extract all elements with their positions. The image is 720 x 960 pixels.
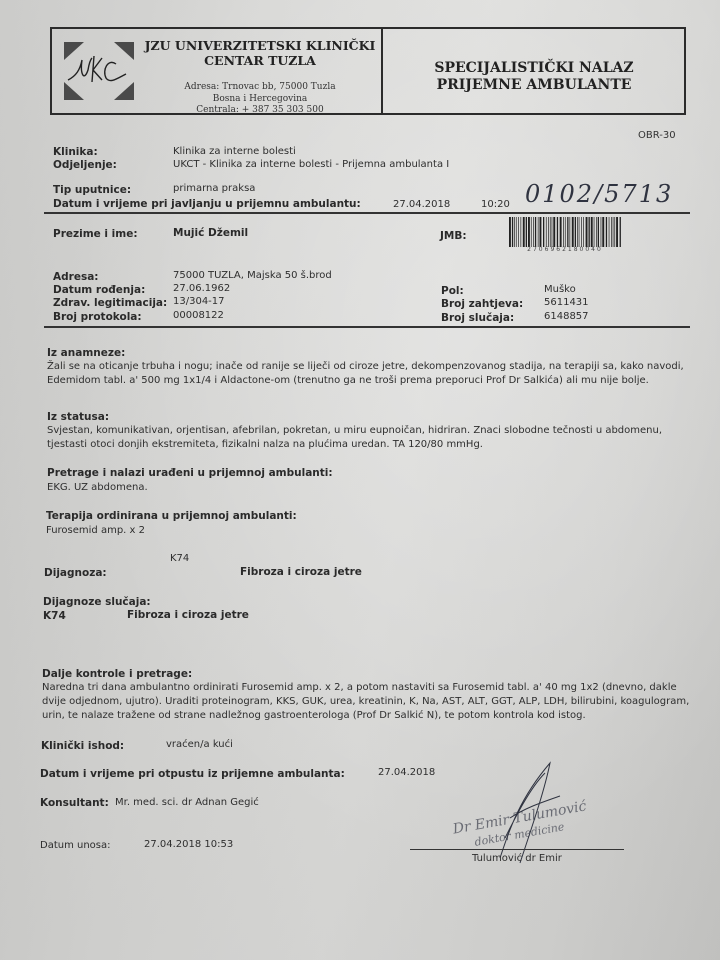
zahtjev-label: Broj zahtjeva: (441, 298, 523, 310)
tip-uputnice-value: primarna praksa (173, 183, 255, 194)
protokol-label: Broj protokola: (53, 311, 142, 323)
adresa-label: Adresa: (53, 271, 98, 283)
signature-scribble-icon (490, 758, 570, 868)
vrijeme-javljanja-value: 10:20 (481, 199, 510, 210)
form-title-line2: PRIJEMNE AMBULANTE (384, 77, 684, 94)
protokol-value: 00008122 (173, 310, 224, 321)
form-title: SPECIJALISTIČKI NALAZ PRIJEMNE AMBULANTE (384, 60, 684, 94)
jmb-label: JMB: (440, 230, 467, 242)
paper-background (0, 0, 720, 960)
terapija-text: Furosemid amp. x 2 (46, 524, 145, 538)
pretrage-text: EKG. UZ abdomena. (47, 481, 148, 495)
institution-address: Adresa: Trnovac bb, 75000 Tuzla Bosna i … (142, 82, 378, 117)
adresa-value: 75000 TUZLA, Majska 50 š.brod (173, 270, 332, 281)
signature-name: Tulumović dr Emir (472, 853, 562, 864)
otpust-value: 27.04.2018 (378, 767, 435, 778)
dijagnoze-slucaja-value: Fibroza i ciroza jetre (127, 609, 249, 621)
ishod-value: vraćen/a kući (166, 739, 233, 750)
otpust-label: Datum i vrijeme pri otpustu iz prijemne … (40, 768, 345, 780)
klinika-value: Klinika za interne bolesti (173, 146, 296, 157)
handwritten-number: 0102/5713 (525, 180, 673, 208)
institution-name: JZU UNIVERZITETSKI KLINIČKI CENTAR TUZLA (142, 38, 378, 68)
divider-patient (44, 326, 690, 328)
zahtjev-value: 5611431 (544, 297, 589, 308)
datum-javljanja-label: Datum i vrijeme pri javljanju u prijemnu… (53, 198, 361, 210)
kontrole-text: Naredna tri dana ambulantno ordinirati F… (42, 681, 692, 723)
legitimacija-value: 13/304-17 (173, 296, 225, 307)
form-code: OBR-30 (638, 130, 676, 141)
header-divider (381, 27, 383, 115)
address-line2: Bosna i Hercegovina (142, 94, 378, 106)
jmb-barcode-digits: 2706962180040 (510, 246, 620, 253)
name-label: Prezime i ime: (53, 228, 138, 240)
anamneza-title: Iz anamneze: (47, 347, 125, 359)
datum-rodjenja-label: Datum rođenja: (53, 284, 145, 296)
divider-admission (44, 212, 690, 214)
ishod-label: Klinički ishod: (41, 740, 124, 752)
status-title: Iz statusa: (47, 411, 109, 423)
dijagnoze-slucaja-code: K74 (43, 610, 66, 622)
tip-uputnice-label: Tip uputnice: (53, 184, 131, 196)
anamneza-text: Žali se na oticanje trbuha i nogu; inače… (47, 360, 687, 388)
legitimacija-label: Zdrav. legitimacija: (53, 297, 167, 309)
dijagnoze-slucaja-title: Dijagnoze slučaja: (43, 596, 151, 608)
institution-name-line1: JZU UNIVERZITETSKI KLINIČKI (142, 38, 378, 53)
odjeljenje-label: Odjeljenje: (53, 159, 117, 171)
slucaj-label: Broj slučaja: (441, 312, 514, 324)
status-text: Svjestan, komunikativan, orjentisan, afe… (47, 424, 687, 452)
odjeljenje-value: UKCT - Klinika za interne bolesti - Prij… (173, 159, 449, 170)
terapija-title: Terapija ordinirana u prijemnoj ambulant… (46, 510, 297, 522)
dijagnoza-code: K74 (170, 553, 189, 564)
pretrage-title: Pretrage i nalazi urađeni u prijemnoj am… (47, 467, 333, 479)
address-line3: Centrala: + 387 35 303 500 (142, 105, 378, 117)
ukc-logo-icon (62, 40, 136, 102)
konsultant-value: Mr. med. sci. dr Adnan Gegić (115, 797, 259, 808)
slucaj-value: 6148857 (544, 311, 589, 322)
name-value: Mujić Džemil (173, 227, 248, 239)
konsultant-label: Konsultant: (40, 797, 109, 809)
klinika-label: Klinika: (53, 146, 98, 158)
pol-value: Muško (544, 284, 576, 295)
unos-label: Datum unosa: (40, 840, 111, 851)
dijagnoza-label: Dijagnoza: (44, 567, 107, 579)
pol-label: Pol: (441, 285, 464, 297)
form-title-line1: SPECIJALISTIČKI NALAZ (384, 60, 684, 77)
institution-name-line2: CENTAR TUZLA (142, 53, 378, 68)
kontrole-title: Dalje kontrole i pretrage: (42, 668, 192, 680)
dijagnoza-value: Fibroza i ciroza jetre (240, 566, 362, 578)
address-line1: Adresa: Trnovac bb, 75000 Tuzla (142, 82, 378, 94)
datum-javljanja-value: 27.04.2018 (393, 199, 450, 210)
signature-line (410, 849, 624, 850)
jmb-barcode (508, 217, 623, 247)
datum-rodjenja-value: 27.06.1962 (173, 283, 230, 294)
unos-value: 27.04.2018 10:53 (144, 839, 233, 850)
